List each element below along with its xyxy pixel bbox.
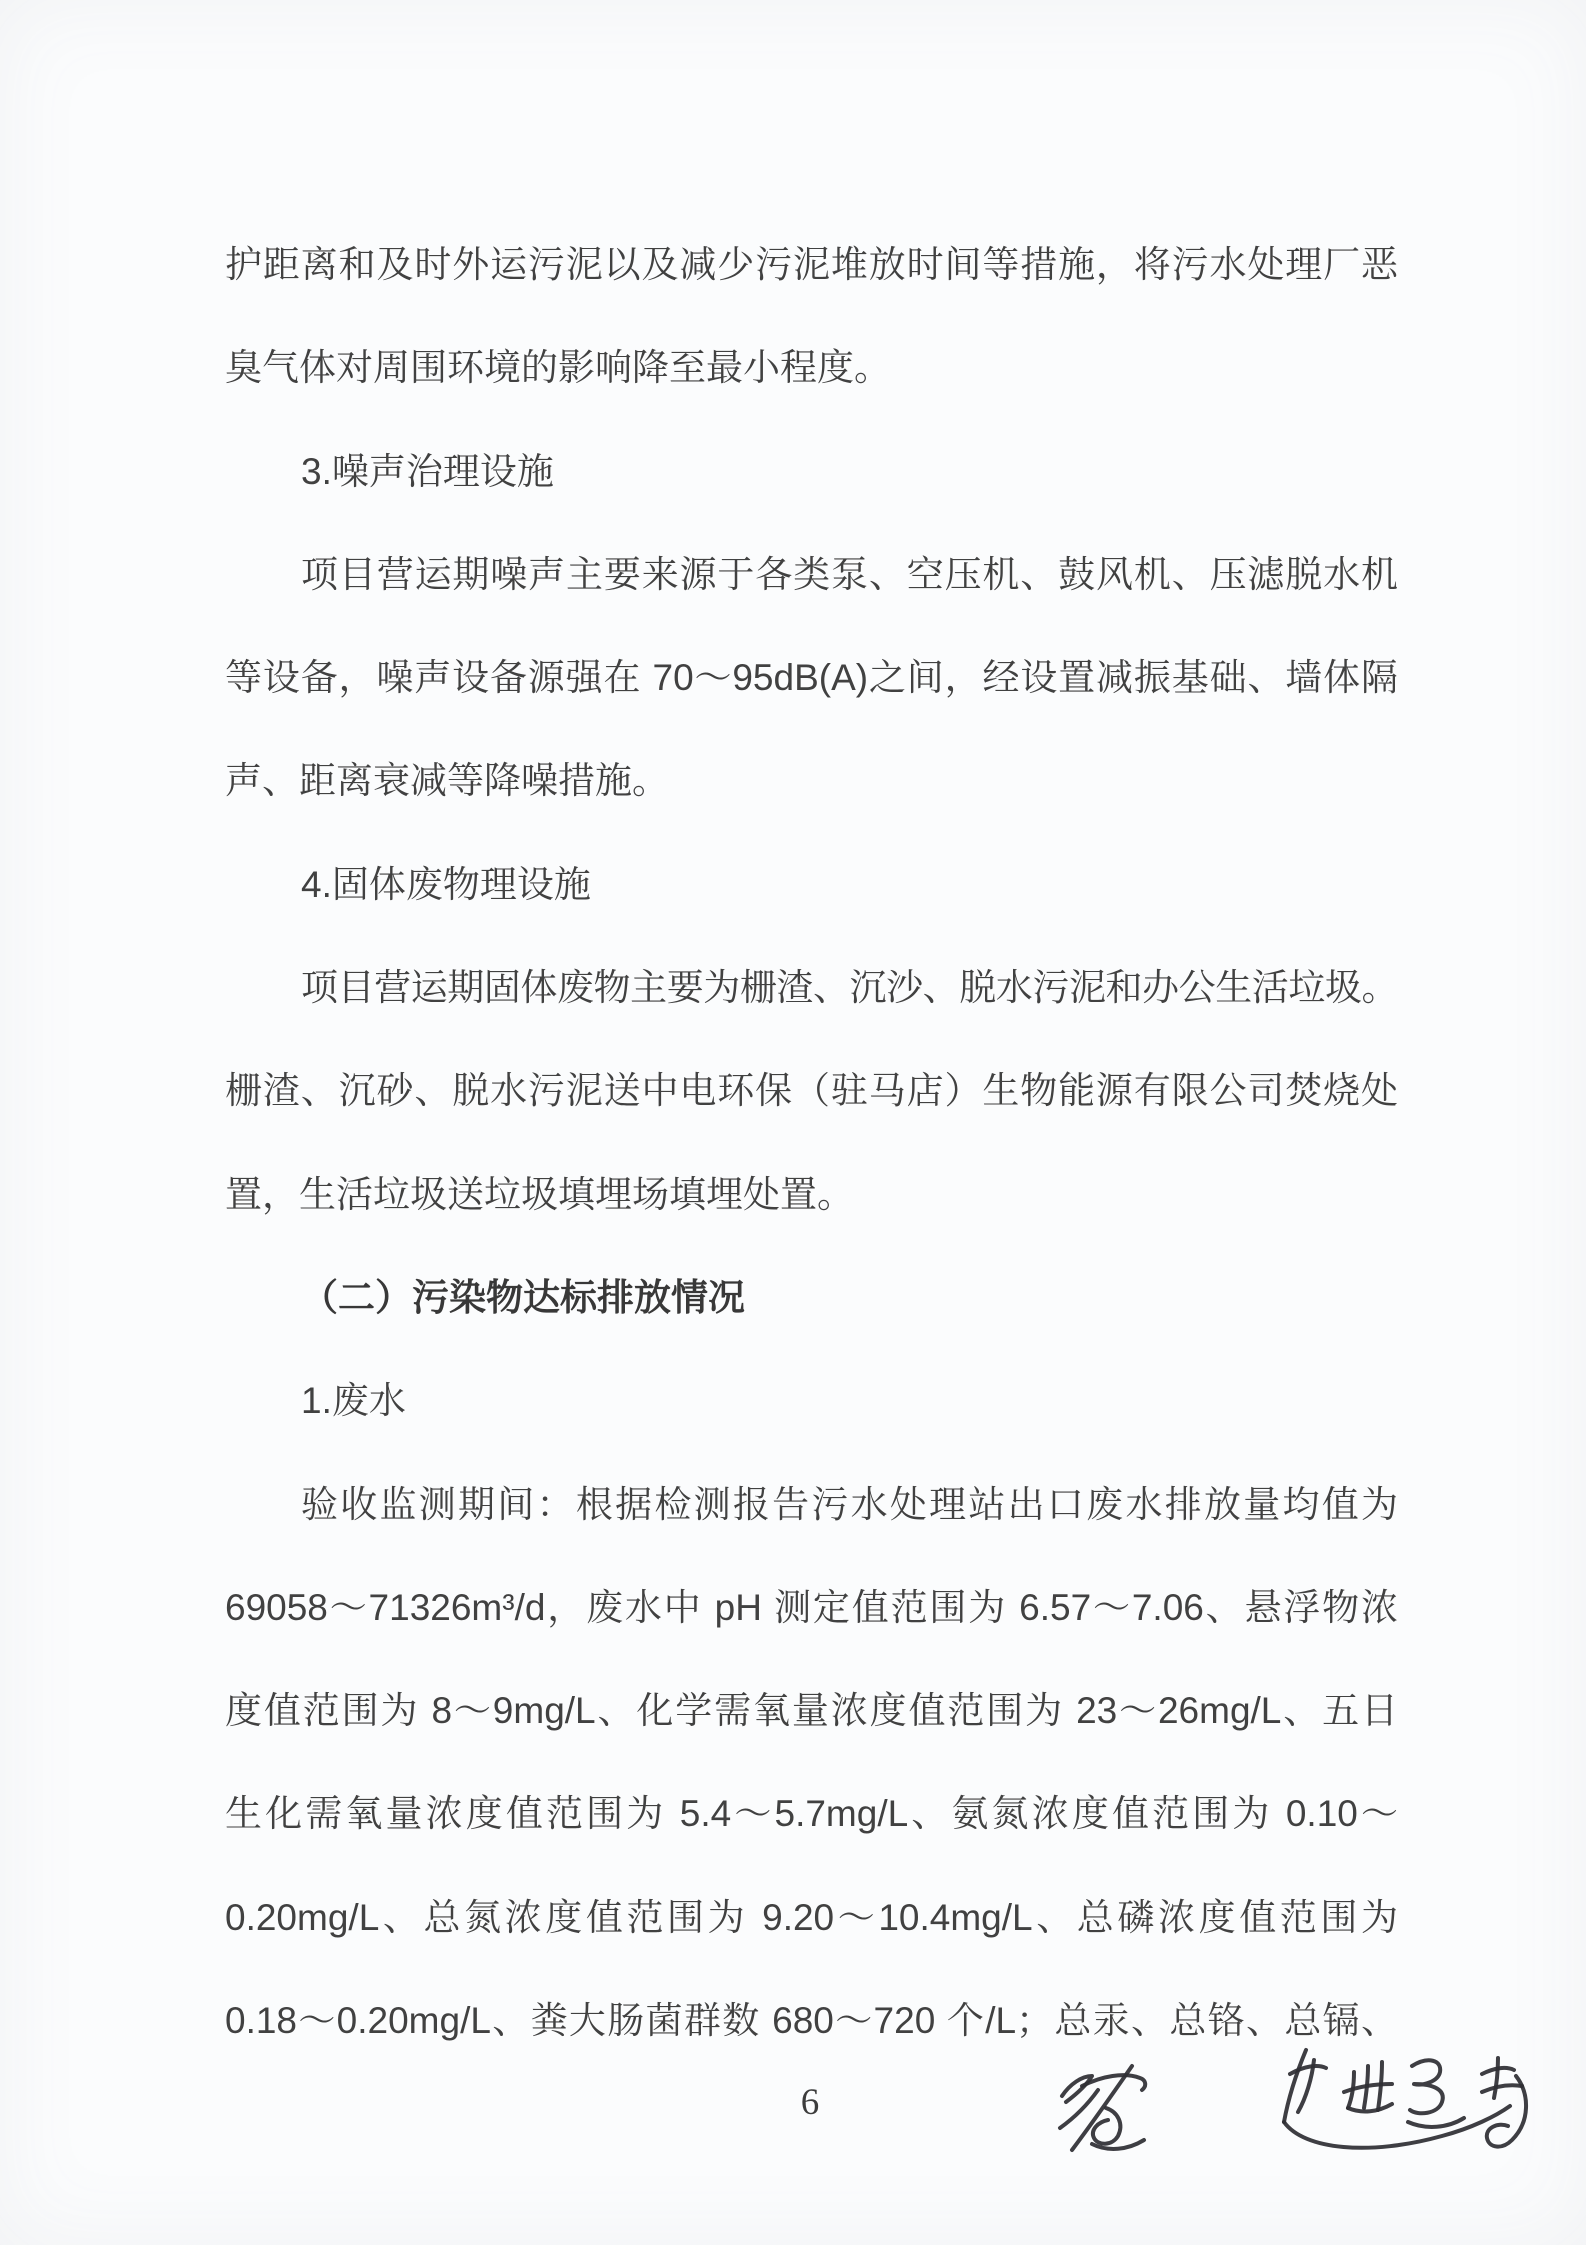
text-line: 项目营运期噪声主要来源于各类泵、空压机、鼓风机、压滤脱水机 [225,523,1398,626]
text-line: 栅渣、沉砂、脱水污泥送中电环保（驻马店）生物能源有限公司焚烧处 [225,1039,1398,1142]
text-line: 0.18～0.20mg/L、粪大肠菌群数 680～720 个/L；总汞、总铬、总… [225,1969,1398,2072]
scanned-document-page: 护距离和及时外运污泥以及减少污泥堆放时间等措施，将污水处理厂恶 臭气体对周围环境… [0,0,1586,2245]
text-line: 69058～71326m³/d，废水中 pH 测定值范围为 6.57～7.06、… [225,1556,1398,1659]
heading-line: 1.废水 [225,1349,1398,1452]
page-number: 6 [775,2078,845,2128]
section-heading: （二）污染物达标排放情况 [225,1246,1398,1349]
heading-line: 3.噪声治理设施 [225,420,1398,523]
text-line: 声、距离衰减等降噪措施。 [225,729,1398,832]
text-line: 护距离和及时外运污泥以及减少污泥堆放时间等措施，将污水处理厂恶 [225,213,1398,316]
text-line: 臭气体对周围环境的影响降至最小程度。 [225,316,1398,419]
document-body: 护距离和及时外运污泥以及减少污泥堆放时间等措施，将污水处理厂恶 臭气体对周围环境… [225,213,1398,2072]
text-line: 0.20mg/L、总氮浓度值范围为 9.20～10.4mg/L、总磷浓度值范围为 [225,1866,1398,1969]
signature-left [1048,2056,1158,2161]
signature-right [1258,2044,1558,2179]
text-line: 置，生活垃圾送垃圾填埋场填埋处置。 [225,1143,1398,1246]
text-line: 生化需氧量浓度值范围为 5.4～5.7mg/L、氨氮浓度值范围为 0.10～ [225,1762,1398,1865]
heading-line: 4.固体废物理设施 [225,833,1398,936]
text-line: 验收监测期间：根据检测报告污水处理站出口废水排放量均值为 [225,1453,1398,1556]
text-line: 项目营运期固体废物主要为栅渣、沉沙、脱水污泥和办公生活垃圾。 [225,936,1398,1039]
text-line: 等设备，噪声设备源强在 70～95dB(A)之间，经设置减振基础、墙体隔 [225,626,1398,729]
text-line: 度值范围为 8～9mg/L、化学需氧量浓度值范围为 23～26mg/L、五日 [225,1659,1398,1762]
